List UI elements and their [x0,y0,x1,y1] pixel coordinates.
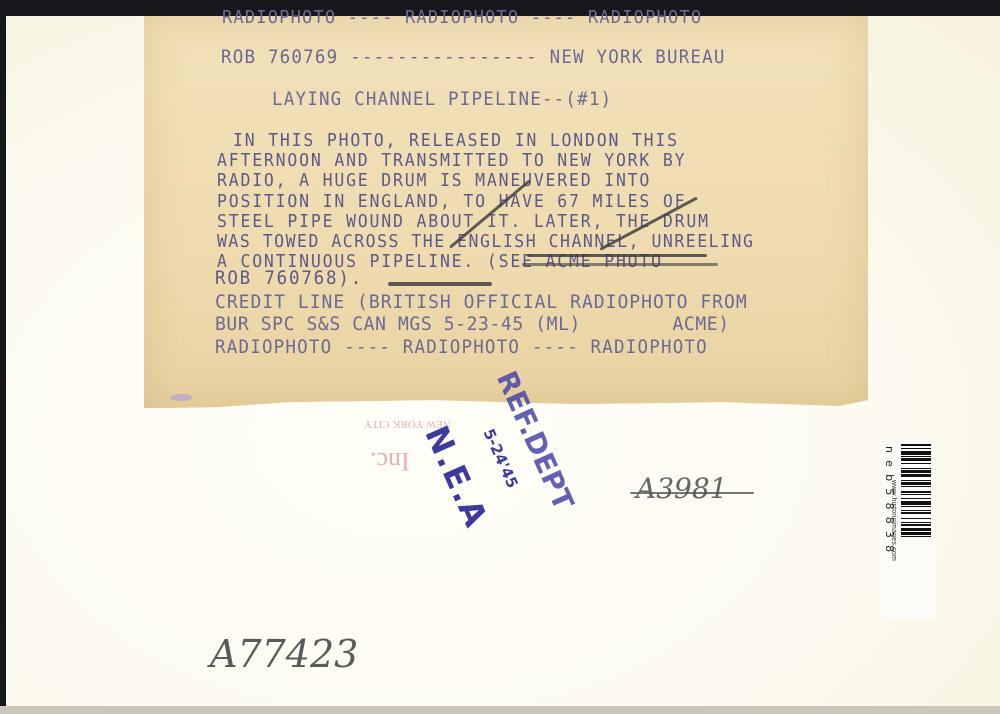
caption-line: RADIO, A HUGE DRUM IS MANEUVERED INTO [217,173,651,190]
caption-line: ROB 760768). [215,271,363,289]
barcode-url: www.historicimages.com [890,480,897,561]
caption-line: POSITION IN ENGLAND, TO HAVE 67 MILES OF [217,194,686,211]
footer-line: RADIOPHOTO ---- RADIOPHOTO ---- RADIOPHO… [215,340,708,358]
crossed-out-number: A3981 [636,472,727,505]
barcode-icon [901,444,931,614]
barcode-sticker: neb58838 www.historicimages.com [881,438,935,620]
red-stamp-text: Inc. [370,446,410,476]
caption-title: LAYING CHANNEL PIPELINE--(#1) [272,92,612,110]
inventory-number: A77423 [210,632,358,676]
pencil-strike [527,254,707,257]
caption-line: IN THIS PHOTO, RELEASED IN LONDON THIS [233,133,679,150]
caption-line: WAS TOWED ACROSS THE ENGLISH CHANNEL, UN… [217,234,754,251]
scan-border-bottom [0,706,1000,714]
pencil-underline [388,282,492,286]
handwriting-strike [630,492,754,494]
ink-smudge [170,394,192,401]
credit-line: BUR SPC S&S CAN MGS 5-23-45 (ML) ACME) [215,316,730,335]
header-line: RADIOPHOTO ---- RADIOPHOTO ---- RADIOPHO… [222,10,702,28]
caption-line: AFTERNOON AND TRANSMITTED TO NEW YORK BY [217,153,686,170]
credit-line: CREDIT LINE (BRITISH OFFICIAL RADIOPHOTO… [215,294,748,313]
reference-line: ROB 760769 ---------------- NEW YORK BUR… [221,50,726,68]
photo-back [6,16,1000,710]
pencil-strike [522,263,718,266]
